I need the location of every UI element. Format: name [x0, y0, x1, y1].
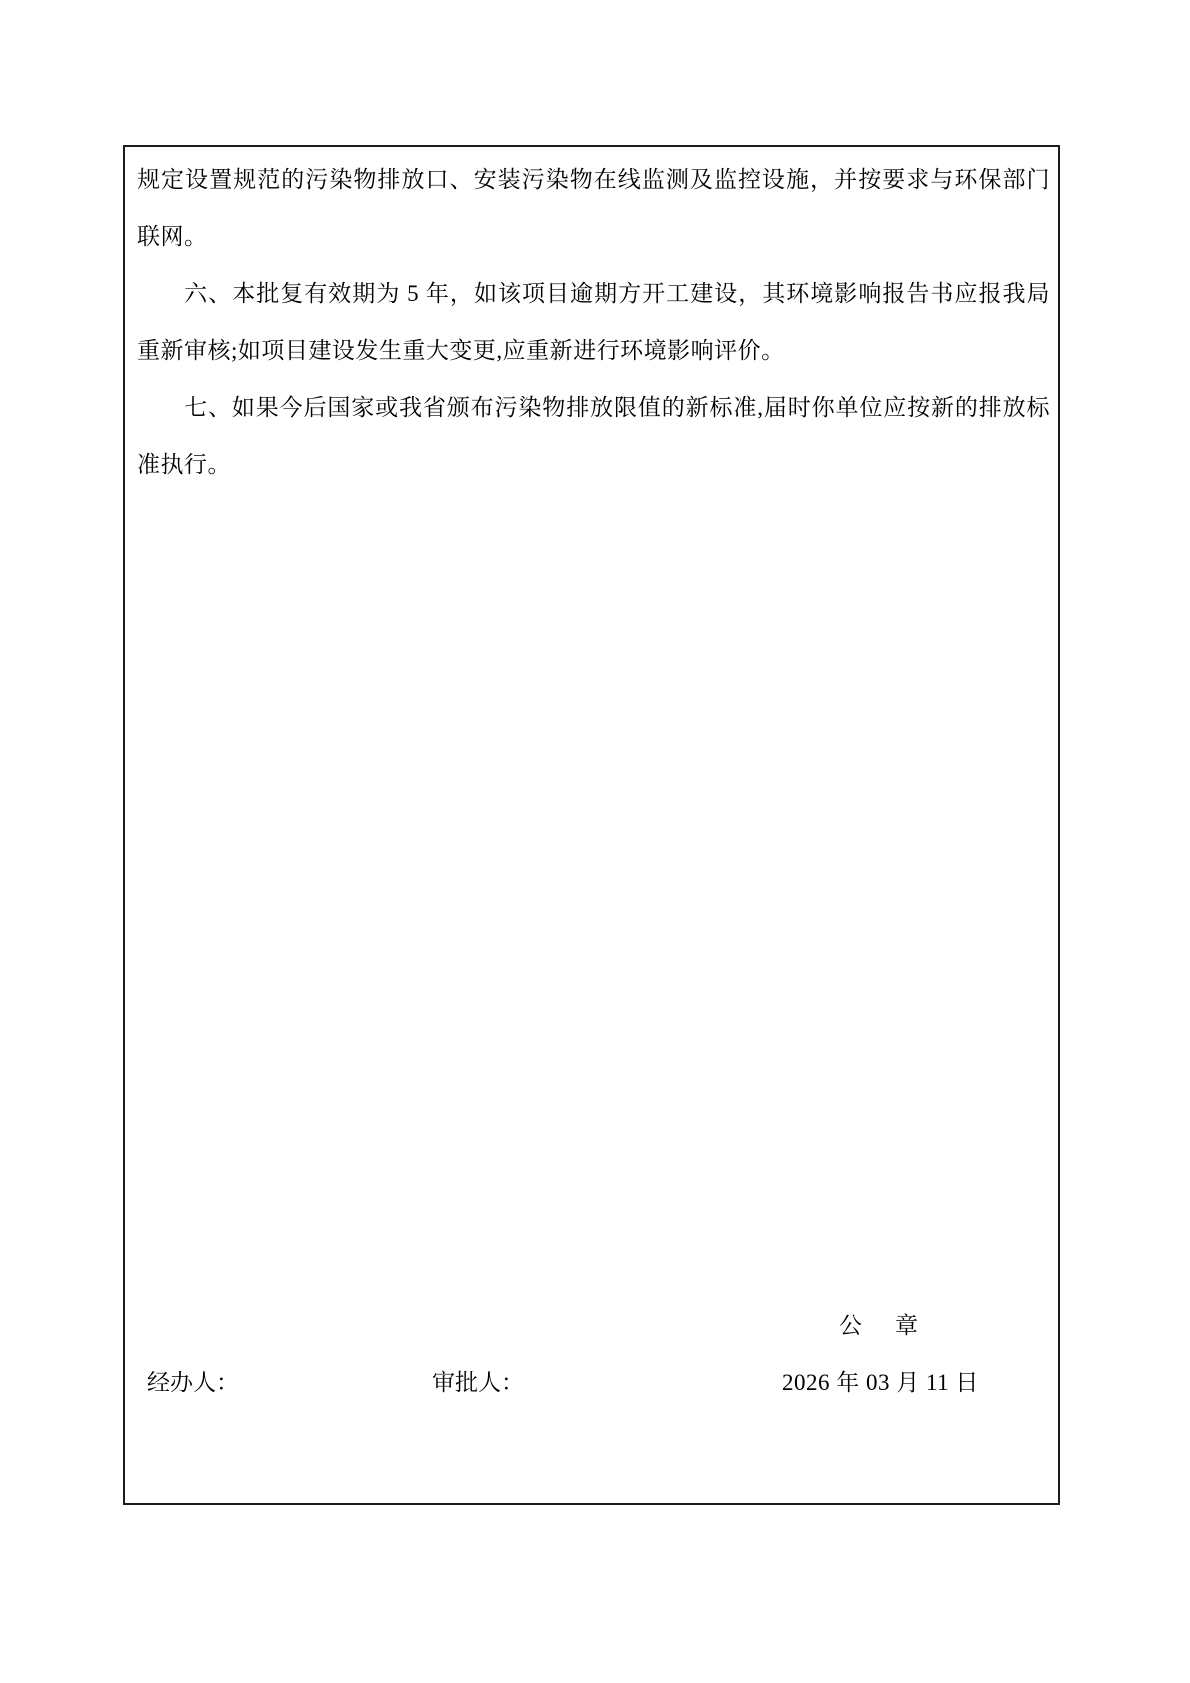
document-body-text: 规定设置规范的污染物排放口、安装污染物在线监测及监控设施，并按要求与环保部门联网…	[125, 147, 1058, 493]
approval-date: 2026 年 03 月 11 日	[782, 1364, 979, 1397]
signature-row: 经办人： 审批人： 2026 年 03 月 11 日	[125, 1364, 1058, 1404]
document-border-box: 规定设置规范的污染物排放口、安装污染物在线监测及监控设施，并按要求与环保部门联网…	[123, 145, 1060, 1505]
handler-label: 经办人：	[147, 1364, 239, 1397]
paragraph-pollutant-monitoring: 规定设置规范的污染物排放口、安装污染物在线监测及监控设施，并按要求与环保部门联网…	[137, 151, 1050, 265]
paragraph-new-emission-standards: 七、如果今后国家或我省颁布污染物排放限值的新标准,届时你单位应按新的排放标准执行…	[137, 379, 1050, 493]
document-page: 规定设置规范的污染物排放口、安装污染物在线监测及监控设施，并按要求与环保部门联网…	[0, 0, 1190, 1683]
approver-label: 审批人：	[432, 1364, 524, 1397]
official-seal-label: 公 章	[839, 1307, 923, 1340]
paragraph-approval-validity: 六、本批复有效期为 5 年，如该项目逾期方开工建设，其环境影响报告书应报我局重新…	[137, 265, 1050, 379]
